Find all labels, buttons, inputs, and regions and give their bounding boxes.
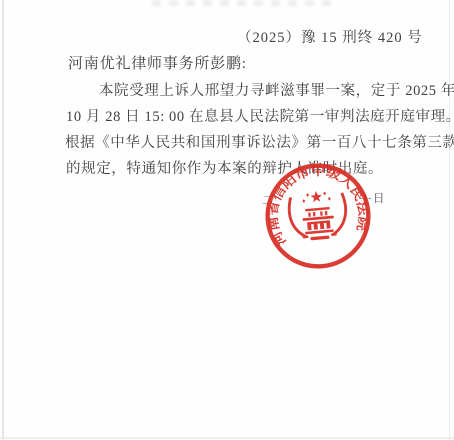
- court-seal: 河南省信阳市中级人民法院: [256, 154, 380, 278]
- scan-edge-right: [449, 0, 450, 440]
- national-emblem-icon: [288, 188, 348, 242]
- addressee-line: 河南优礼律师事务所彭鹏:: [68, 52, 247, 73]
- court-seal-graphic: 河南省信阳市中级人民法院: [256, 154, 380, 278]
- date-fragment-right: 日: [373, 190, 385, 206]
- court-notice-document: （2025）豫 15 刑终 420 号 河南优礼律师事务所彭鹏: 本院受理上诉人…: [0, 0, 454, 440]
- scan-edge-bottom: [0, 437, 454, 439]
- cutoff-heading-fragment: [152, 0, 332, 6]
- body-line-3: 根据《中华人民共和国刑事诉讼法》第一百八十七条第三款: [65, 131, 454, 152]
- body-line-2: 10 月 28 日 15: 00 在息县人民法院第一审判法庭开庭审理。: [66, 105, 454, 126]
- seal-arc-text: 河南省信阳市中级人民法院: [260, 158, 373, 249]
- case-number: （2025）豫 15 刑终 420 号: [237, 26, 423, 47]
- scan-edge-left: [2, 0, 4, 440]
- body-line-1: 本院受理上诉人邢望力寻衅滋事罪一案，定于 2025 年: [99, 79, 454, 100]
